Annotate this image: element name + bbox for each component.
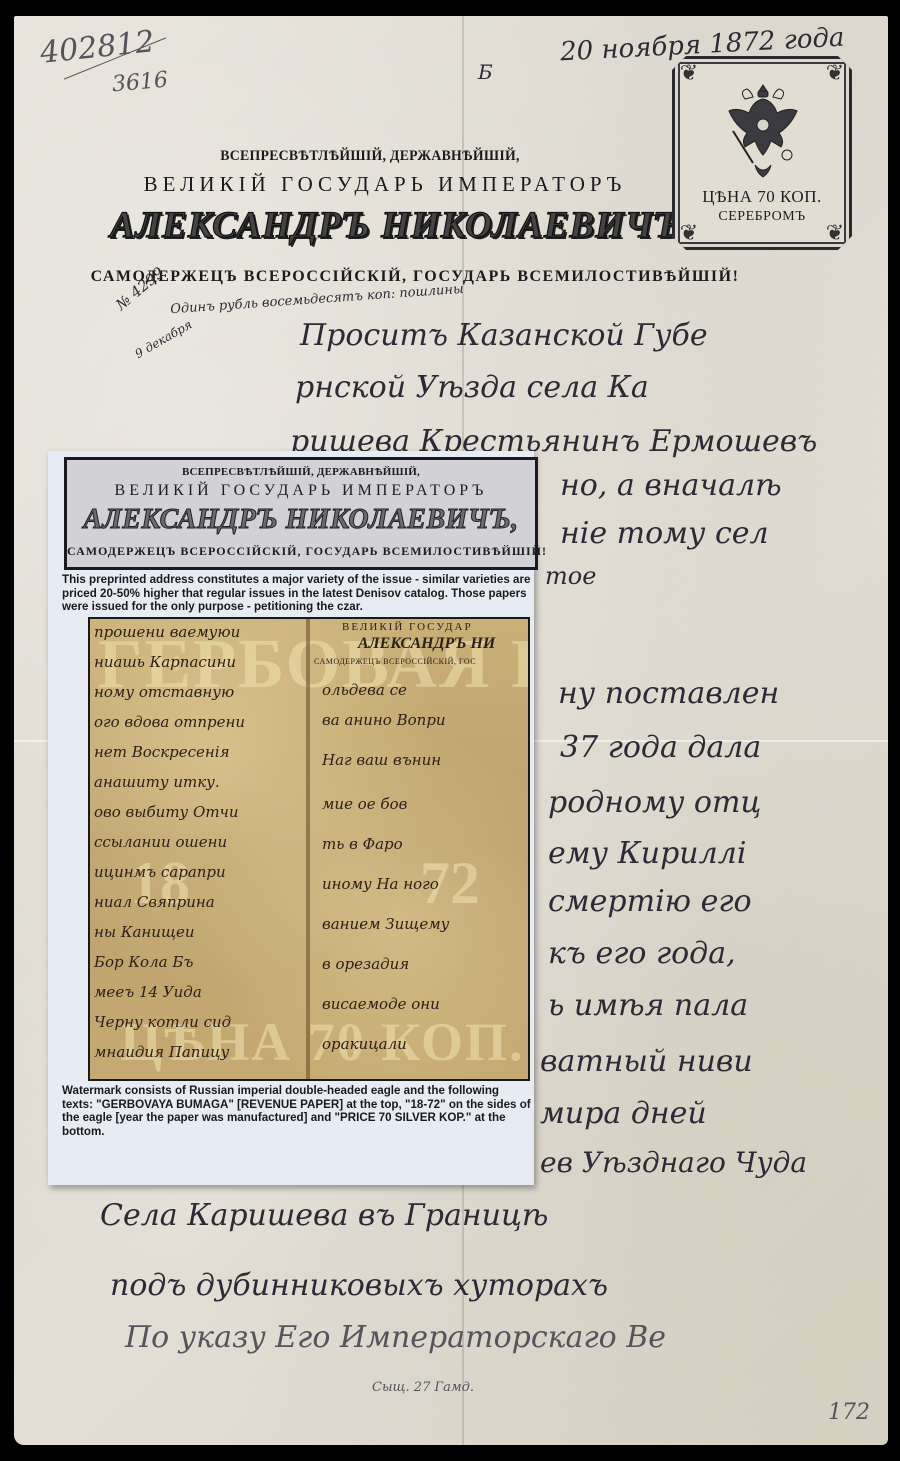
handwriting-line: мира дней [540, 1096, 707, 1131]
page-number: 172 [828, 1400, 870, 1425]
mark-letter: Б [478, 60, 493, 84]
stamp-currency: СЕРЕБРОМЪ [675, 209, 849, 225]
handwriting-line: родному отц [548, 785, 761, 820]
handwriting-line: подъ дубинниковыхъ хуторахъ [110, 1268, 608, 1303]
handwriting-line: ь имѣя пала [548, 988, 748, 1023]
paper-fold [306, 619, 310, 1079]
handwriting-line: Села Каришева въ Границѣ [100, 1198, 548, 1233]
handwriting-line: смертію его [548, 884, 752, 919]
header-line-2: ВЕЛИКІЙ ГОСУДАРЬ ИМПЕРАТОРЪ [95, 172, 675, 197]
caption-watermark-note: Watermark consists of Russian imperial d… [62, 1084, 532, 1138]
inset-header-line-1: ВСЕПРЕСВѢТЛѢЙШІЙ, ДЕРЖАВНѢЙШІЙ, [67, 466, 535, 478]
photo-printed-line-2: АЛЕКСАНДРЪ НИ [358, 635, 495, 653]
handwriting-line: ніе тому сел [560, 516, 769, 551]
revenue-stamp: ❦ ❦ ❦ ❦ ЦѢНА 70 КОП. СЕРЕБРОМЪ [672, 56, 852, 250]
annotation-card: ВСЕПРЕСВѢТЛѢЙШІЙ, ДЕРЖАВНѢЙШІЙ, ВЕЛИКІЙ … [48, 451, 534, 1185]
stamp-price: ЦѢНА 70 КОП. [675, 187, 849, 207]
handwriting-line: ев Уѣзднаго Чуда [540, 1146, 807, 1179]
caption-variety-note: This preprinted address constitutes a ma… [62, 573, 532, 614]
header-reproduction: ВСЕПРЕСВѢТЛѢЙШІЙ, ДЕРЖАВНѢЙШІЙ, ВЕЛИКІЙ … [64, 457, 538, 570]
photo-printed-line-1: ВЕЛИКІЙ ГОСУДАР [342, 621, 473, 633]
handwriting-line: къ его года, [548, 936, 736, 971]
handwriting-line: но, а вначалѣ [560, 468, 782, 503]
inset-header-line-4: САМОДЕРЖЕЦЪ ВСЕРОССІЙСКІЙ, ГОСУДАРЬ ВСЕМ… [67, 544, 535, 559]
handwriting-line: рнской Уѣзда села Ка [295, 370, 649, 405]
header-line-1: ВСЕПРЕСВѢТЛѢЙШІЙ, ДЕРЖАВНѢЙШІЙ, [186, 148, 554, 165]
handwriting-line: Проситъ Казанской Губе [300, 318, 708, 353]
footer-note: Сыщ. 27 Гамд. [372, 1380, 474, 1395]
watermark-photo: ГЕРБОВАЯ БУМАГА 18 72 ЦѢНА 70 КОП. ВЕЛИК… [88, 617, 530, 1081]
header-emperor-name: АЛЕКСАНДРЪ НИКОЛАЕВИЧЪ, [110, 204, 680, 247]
ornament-icon: ❦ [821, 59, 849, 87]
handwriting-line: ватный ниви [540, 1044, 753, 1079]
handwriting-line: ну поставлен [558, 676, 779, 711]
ornament-icon: ❦ [675, 59, 703, 87]
sub-number: 3616 [111, 68, 169, 98]
handwriting-line: тое [545, 562, 596, 590]
handwriting-line: ему Кириллі [548, 836, 746, 871]
inset-header-emperor-name: АЛЕКСАНДРЪ НИКОЛАЕВИЧЪ, [67, 504, 535, 536]
photo-printed-line-3: САМОДЕРЖЕЦЪ ВСЕРОССІЙСКІЙ, ГОС [314, 657, 476, 666]
handwriting-line: По указу Его Императорскаго Ве [125, 1320, 666, 1355]
inset-header-line-2: ВЕЛИКІЙ ГОСУДАРЬ ИМПЕРАТОРЪ [67, 482, 535, 500]
double-headed-eagle-icon [725, 81, 801, 181]
handwriting-line: 37 года дала [560, 730, 761, 765]
